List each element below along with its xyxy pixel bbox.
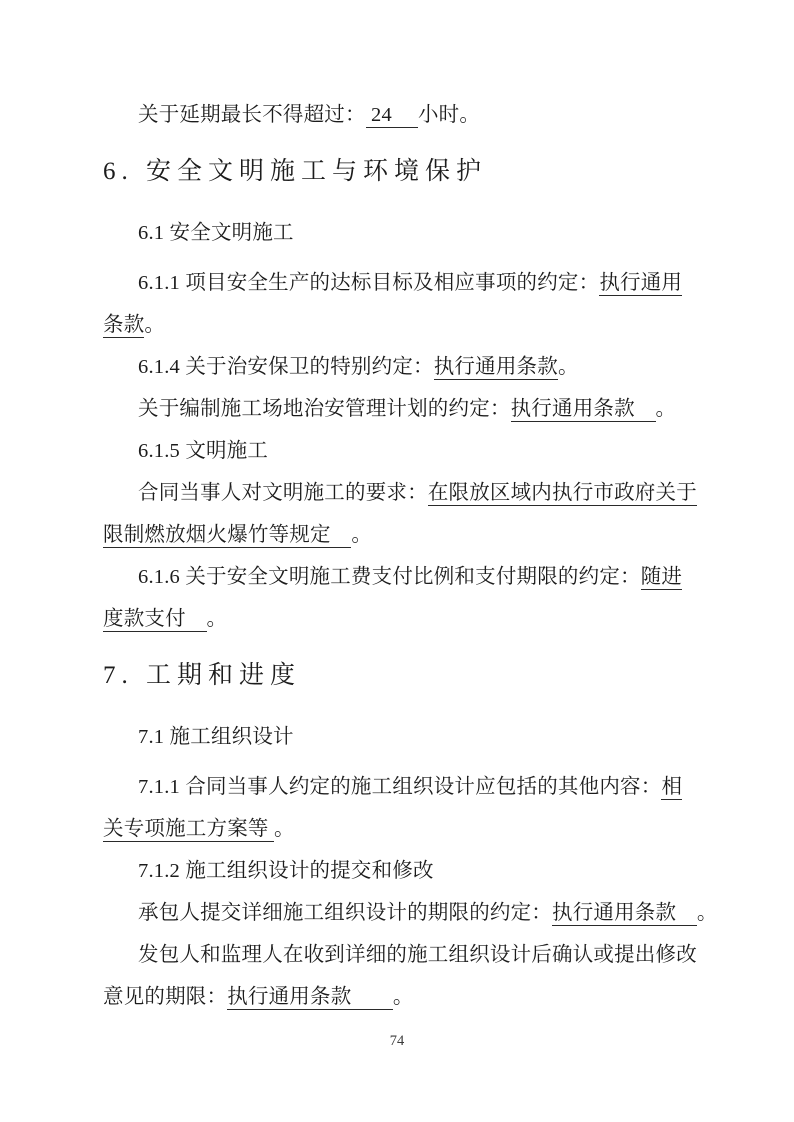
text-segment: 。 [393, 986, 414, 1008]
page-number: 74 [0, 1030, 794, 1052]
text-line: 承包人提交详细施工组织设计的期限的约定：执行通用条款 。 [103, 892, 723, 934]
fill-in-blank: 执行通用条款 [552, 902, 697, 926]
text-segment: 。 [558, 356, 579, 378]
document-body: 关于延期最长不得超过： 24 小时。6. 安全文明施工与环境保护6.1 安全文明… [103, 94, 723, 1018]
text-line: 限制燃放烟火爆竹等规定 。 [103, 514, 723, 556]
text-segment: 7. 工期和进度 [103, 662, 301, 689]
text-segment: 小时。 [418, 104, 480, 126]
fill-in-blank: 执行通用 [599, 272, 682, 296]
text-segment: 意见的期限： [103, 986, 227, 1008]
text-segment: 。 [656, 398, 677, 420]
text-segment: 。 [207, 608, 228, 630]
text-line: 度款支付 。 [103, 598, 723, 640]
text-segment: 。 [144, 314, 165, 336]
fill-in-blank: 执行通用条款 [434, 356, 558, 380]
text-line: 条款。 [103, 304, 723, 346]
text-line: 发包人和监理人在收到详细的施工组织设计后确认或提出修改 [103, 934, 723, 976]
text-line: 6.1 安全文明施工 [103, 212, 723, 254]
text-segment: 合同当事人对文明施工的要求： [138, 482, 428, 504]
text-segment: 6.1.4 关于治安保卫的特别约定： [138, 356, 434, 378]
text-line: 关于延期最长不得超过： 24 小时。 [103, 94, 723, 136]
text-line: 7.1 施工组织设计 [103, 716, 723, 758]
fill-in-blank: 相 [661, 776, 682, 800]
section-heading: 7. 工期和进度 [103, 658, 723, 694]
fill-in-blank: 度款支付 [103, 608, 207, 632]
text-line: 关专项施工方案等 。 [103, 808, 723, 850]
text-segment: 关于延期最长不得超过： [138, 104, 366, 126]
text-segment: 7.1 施工组织设计 [138, 726, 294, 748]
fill-in-blank: 条款 [103, 314, 144, 338]
text-segment: 。 [351, 524, 372, 546]
text-segment: 发包人和监理人在收到详细的施工组织设计后确认或提出修改 [138, 944, 697, 966]
fill-in-blank: 随进 [641, 566, 682, 590]
text-line: 7.1.2 施工组织设计的提交和修改 [103, 850, 723, 892]
text-line: 6.1.4 关于治安保卫的特别约定：执行通用条款。 [103, 346, 723, 388]
text-segment: 6.1.5 文明施工 [138, 440, 268, 462]
fill-in-blank: 执行通用条款 [511, 398, 656, 422]
text-segment: 6.1.6 关于安全文明施工费支付比例和支付期限的约定： [138, 566, 641, 588]
document-page: 关于延期最长不得超过： 24 小时。6. 安全文明施工与环境保护6.1 安全文明… [0, 0, 794, 1122]
text-line: 7.1.1 合同当事人约定的施工组织设计应包括的其他内容：相 [103, 766, 723, 808]
text-line: 意见的期限：执行通用条款 。 [103, 976, 723, 1018]
text-segment: 6. 安全文明施工与环境保护 [103, 158, 487, 185]
text-line: 合同当事人对文明施工的要求：在限放区域内执行市政府关于 [103, 472, 723, 514]
text-line: 关于编制施工场地治安管理计划的约定：执行通用条款 。 [103, 388, 723, 430]
text-segment: 7.1.2 施工组织设计的提交和修改 [138, 860, 434, 882]
text-segment: 承包人提交详细施工组织设计的期限的约定： [138, 902, 552, 924]
fill-in-blank: 关专项施工方案等 [103, 818, 274, 842]
text-segment: 。 [697, 902, 718, 924]
text-segment: 6.1.1 项目安全生产的达标目标及相应事项的约定： [138, 272, 599, 294]
text-segment: 关于编制施工场地治安管理计划的约定： [138, 398, 511, 420]
fill-in-blank: 执行通用条款 [227, 986, 393, 1010]
text-line: 6.1.6 关于安全文明施工费支付比例和支付期限的约定：随进 [103, 556, 723, 598]
fill-in-blank: 限制燃放烟火爆竹等规定 [103, 524, 351, 548]
fill-in-blank: 在限放区域内执行市政府关于 [428, 482, 697, 506]
text-segment: 6.1 安全文明施工 [138, 222, 294, 244]
section-heading: 6. 安全文明施工与环境保护 [103, 154, 723, 190]
fill-in-blank: 24 [366, 104, 418, 128]
text-line: 6.1.5 文明施工 [103, 430, 723, 472]
text-segment: 。 [274, 818, 295, 840]
text-line: 6.1.1 项目安全生产的达标目标及相应事项的约定：执行通用 [103, 262, 723, 304]
text-segment: 7.1.1 合同当事人约定的施工组织设计应包括的其他内容： [138, 776, 661, 798]
